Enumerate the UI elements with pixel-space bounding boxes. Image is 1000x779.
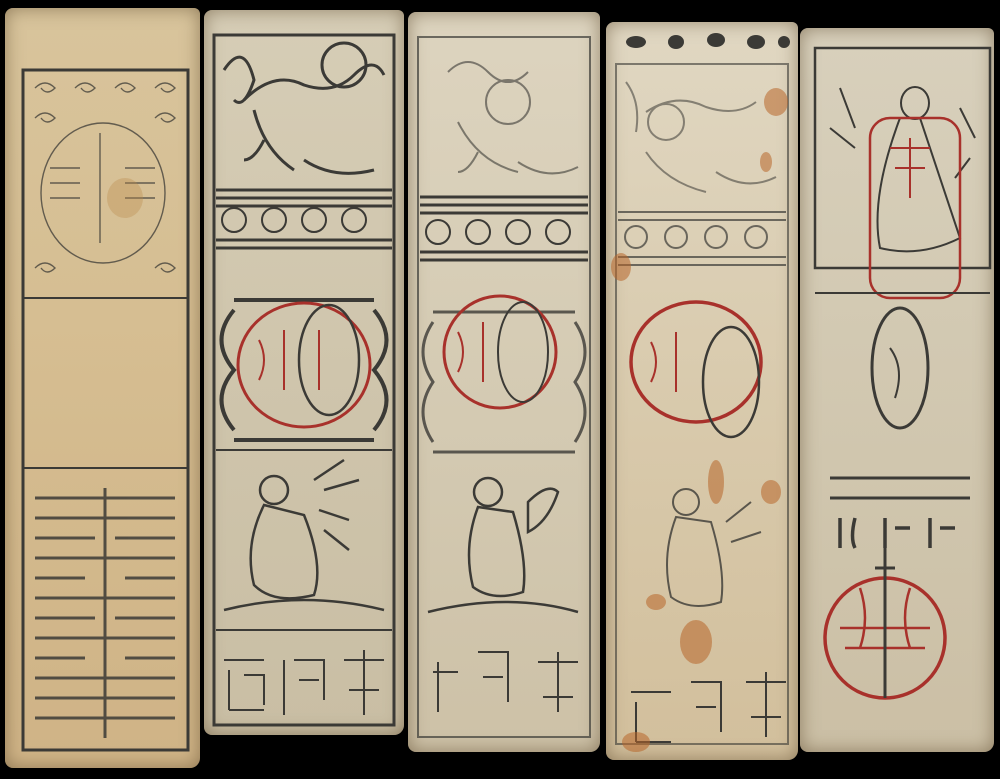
hansatsu-note-5 bbox=[800, 28, 994, 752]
hansatsu-note-3 bbox=[408, 12, 600, 752]
character-row bbox=[830, 478, 970, 498]
lion-illustration bbox=[224, 43, 384, 173]
note-1-print bbox=[5, 8, 200, 768]
robed-figure bbox=[830, 87, 975, 251]
bottom-characters bbox=[224, 650, 384, 715]
hansatsu-note-4 bbox=[606, 22, 798, 760]
note-3-print bbox=[408, 12, 600, 752]
rust-stains bbox=[611, 88, 788, 752]
hansatsu-note-2 bbox=[204, 10, 404, 735]
deity-figure bbox=[667, 489, 761, 606]
oval-figure-cartouche bbox=[872, 308, 928, 428]
red-oval-seal bbox=[631, 302, 761, 422]
ink-marks-top bbox=[626, 33, 790, 49]
bottom-characters bbox=[631, 672, 786, 742]
red-square-seal bbox=[870, 118, 960, 298]
deity-figure bbox=[224, 460, 384, 610]
lion-illustration bbox=[626, 82, 776, 192]
deity-figure bbox=[428, 478, 578, 612]
note-5-print bbox=[800, 28, 994, 752]
lion-illustration bbox=[448, 62, 578, 173]
hansatsu-note-1 bbox=[5, 8, 200, 768]
bottom-characters bbox=[433, 652, 578, 712]
note-4-print bbox=[606, 22, 798, 760]
note-2-print bbox=[204, 10, 404, 735]
